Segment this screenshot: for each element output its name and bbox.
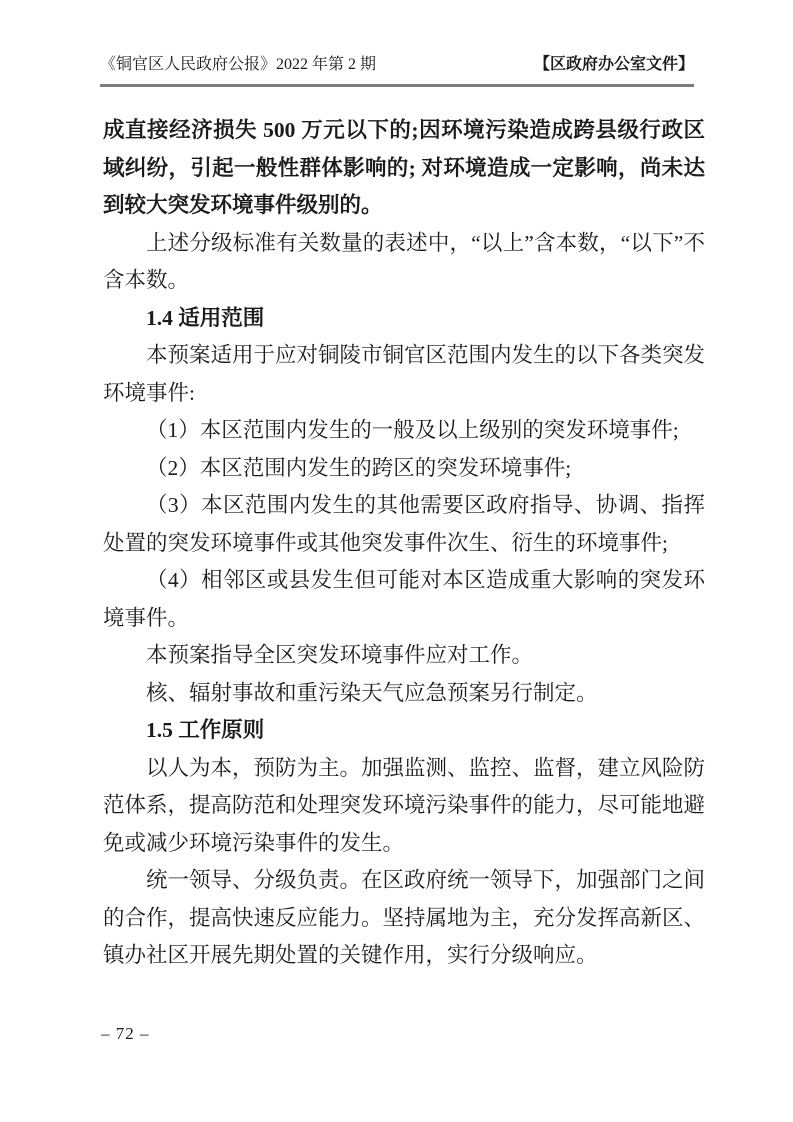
paragraph: 本预案指导全区突发环境事件应对工作。 — [103, 637, 705, 675]
paragraph: （2）本区范围内发生的跨区的突发环境事件; — [103, 450, 705, 488]
paragraph: （1）本区范围内发生的一般及以上级别的突发环境事件; — [103, 412, 705, 450]
gazette-page: 《铜官区人民政府公报》2022 年第 2 期 【区政府办公室文件】 成直接经济损… — [0, 0, 793, 1122]
paragraph: 核、辐射事故和重污染天气应急预案另行制定。 — [103, 675, 705, 713]
document-category-label: 【区政府办公室文件】 — [534, 54, 694, 76]
gazette-title: 《铜官区人民政府公报》2022 年第 2 期 — [100, 54, 376, 76]
paragraph: （4）相邻区或县发生但可能对本区造成重大影响的突发环境事件。 — [103, 562, 705, 637]
paragraph: 成直接经济损失 500 万元以下的;因环境污染造成跨县级行政区域纠纷，引起一般性… — [103, 112, 705, 225]
page-header: 《铜官区人民政府公报》2022 年第 2 期 【区政府办公室文件】 — [100, 54, 694, 87]
section-heading: 1.4 适用范围 — [103, 300, 705, 338]
section-heading: 1.5 工作原则 — [103, 712, 705, 750]
paragraph: 本预案适用于应对铜陵市铜官区范围内发生的以下各类突发环境事件: — [103, 337, 705, 412]
paragraph: 统一领导、分级负责。在区政府统一领导下，加强部门之间的合作，提高快速反应能力。坚… — [103, 862, 705, 975]
document-body: 成直接经济损失 500 万元以下的;因环境污染造成跨县级行政区域纠纷，引起一般性… — [103, 112, 705, 975]
paragraph: 上述分级标准有关数量的表述中，“以上”含本数，“以下”不含本数。 — [103, 225, 705, 300]
page-number: – 72 – — [101, 1022, 150, 1046]
paragraph: （3）本区范围内发生的其他需要区政府指导、协调、指挥处置的突发环境事件或其他突发… — [103, 487, 705, 562]
paragraph: 以人为本，预防为主。加强监测、监控、监督，建立风险防范体系，提高防范和处理突发环… — [103, 750, 705, 863]
